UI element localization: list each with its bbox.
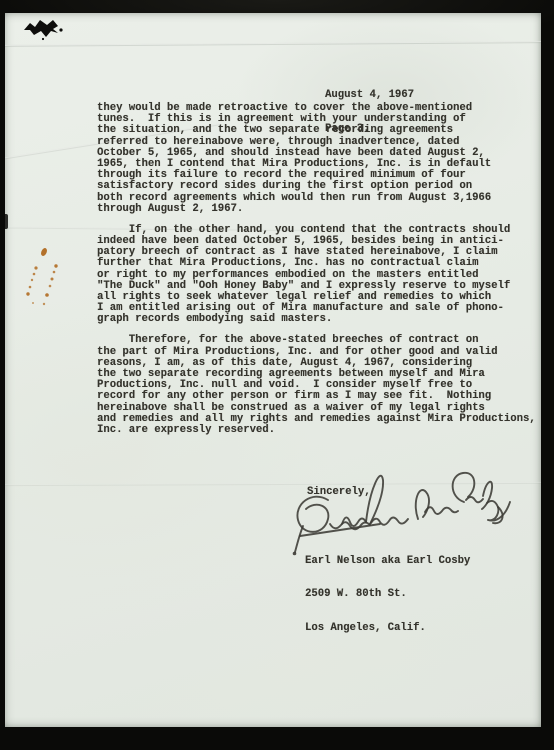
letter-date: August 4, 1967	[325, 90, 414, 101]
letter-page: August 4, 1967 Page 3. they would be mad…	[5, 13, 541, 727]
paper-edge-tear	[5, 214, 8, 229]
staple-hole-mark	[22, 15, 66, 45]
letter-body: they would be made retroactive to cover …	[97, 103, 541, 446]
signer-address-city: Los Angeles, Calif.	[305, 623, 470, 634]
letter-paragraph: If, on the other hand, you contend that …	[97, 225, 541, 326]
rust-stain-marks	[23, 242, 65, 312]
signer-address-street: 2509 W. 80th St.	[305, 589, 470, 600]
paper-crease	[5, 41, 541, 47]
handwritten-signature	[240, 462, 520, 557]
letter-paragraph: they would be made retroactive to cover …	[97, 103, 541, 215]
scanned-letter: August 4, 1967 Page 3. they would be mad…	[0, 0, 554, 750]
signer-name: Earl Nelson aka Earl Cosby	[305, 556, 470, 567]
letter-paragraph: Therefore, for the above-stated breeches…	[97, 335, 541, 436]
